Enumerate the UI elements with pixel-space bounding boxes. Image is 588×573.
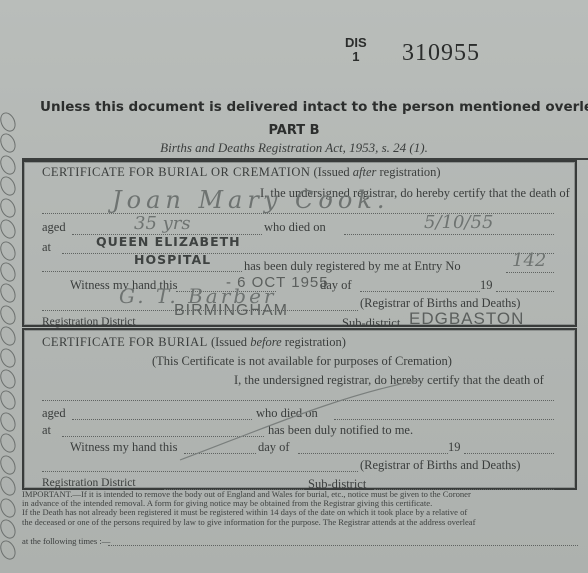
pen-stroke [0, 0, 588, 573]
certificate-paper: DIS 1 310955 Unless this document is del… [0, 0, 588, 573]
